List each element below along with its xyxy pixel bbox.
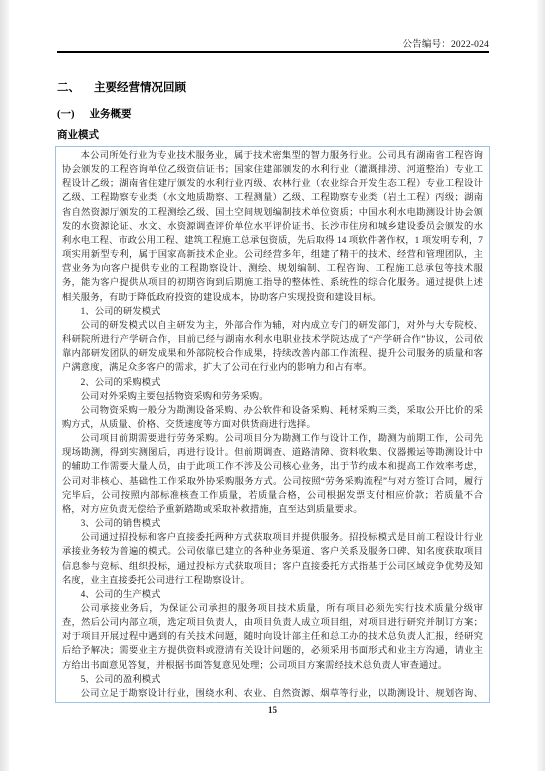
model-item-heading: 5、公司的盈利模式 [62,673,483,687]
section-number: 二、 [57,82,80,94]
body-paragraph: 公司的研发模式以自主研发为主，外部合作为辅，对内成立专门的研发部门，对外与大专院… [62,319,483,376]
page-number: 15 [0,705,545,715]
body-paragraph: 公司项目前期需要进行劳务采购。公司项目分为勘测工作与设计工作，勘测为前期工作，公… [62,432,483,517]
page-edge-left [0,0,9,771]
section-title: 主要经营情况回顾 [94,82,186,94]
body-paragraph: 公司对外采购主要包括物资采购和劳务采购。 [62,390,483,404]
body-paragraph: 公司立足于勘察设计行业，围绕水利、农业、自然资源、烟草等行业，以勘测设计、规划咨… [62,687,483,703]
model-item-heading: 1、公司的研发模式 [62,305,483,319]
section-heading: 二、主要经营情况回顾 [57,79,186,95]
subsection-number: (一) [57,109,75,120]
notice-number: 公告编号：2022-024 [57,36,489,50]
subsection-title: 业务概要 [90,109,132,120]
document-page: 公告编号：2022-024 二、主要经营情况回顾 (一)业务概要 商业模式 本公… [0,0,545,771]
model-item-heading: 2、公司的采购模式 [62,376,483,390]
business-model-box: 本公司所处行业为专业技术服务业，属于技术密集型的智力服务行业。公司具有湖南省工程… [55,146,490,703]
page-edge-right [537,0,545,771]
subsection-heading: (一)业务概要 [57,106,132,121]
body-paragraph: 公司通过招投标和客户直接委托两种方式获取项目并提供服务。招投标模式是目前工程设计… [62,531,483,588]
body-paragraph: 公司物资采购一般分为勘测设备采购、办公软件和设备采购、耗材采购三类，采取公开比价… [62,404,483,432]
model-item-heading: 3、公司的销售模式 [62,517,483,531]
business-model-title: 商业模式 [57,127,99,142]
header-rule [57,51,489,53]
body-paragraph: 公司承接业务后，为保证公司承担的服务项目技术质量，所有项目必须先实行技术质量分级… [62,602,483,673]
body-paragraph: 本公司所处行业为专业技术服务业，属于技术密集型的智力服务行业。公司具有湖南省工程… [62,149,483,305]
model-item-heading: 4、公司的生产模式 [62,588,483,602]
